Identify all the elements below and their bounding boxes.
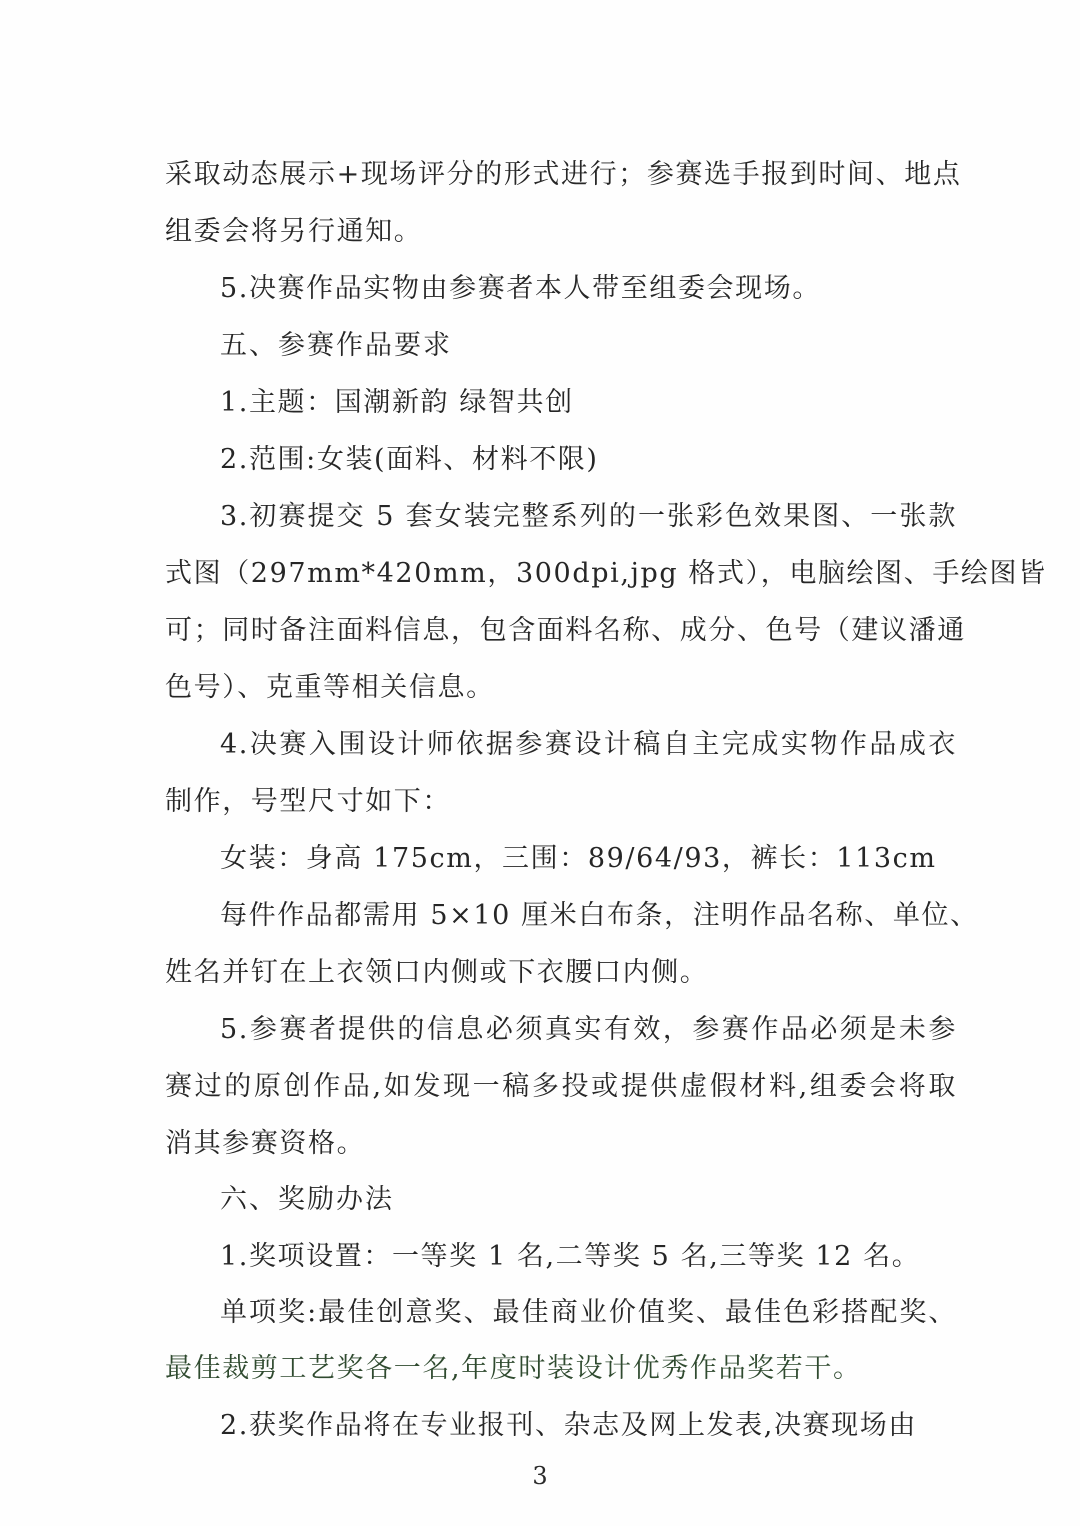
document-page: 采取动态展示+现场评分的形式进行；参赛选手报到时间、地点 组委会将另行通知。 5… — [0, 0, 1080, 1526]
paragraph-line: 采取动态展示+现场评分的形式进行；参赛选手报到时间、地点 — [165, 155, 957, 195]
paragraph-line: 1.奖项设置：一等奖 1 名,二等奖 5 名,三等奖 12 名。 — [220, 1237, 957, 1277]
paragraph-line: 赛过的原创作品,如发现一稿多投或提供虚假材料,组委会将取 — [165, 1067, 957, 1107]
paragraph-line: 5.决赛作品实物由参赛者本人带至组委会现场。 — [220, 269, 957, 309]
paragraph-line: 组委会将另行通知。 — [165, 212, 957, 252]
paragraph-line: 单项奖:最佳创意奖、最佳商业价值奖、最佳色彩搭配奖、 — [220, 1293, 957, 1333]
paragraph-line: 1.主题：国潮新韵 绿智共创 — [220, 383, 957, 423]
paragraph-line: 3.初赛提交 5 套女装完整系列的一张彩色效果图、一张款 — [220, 497, 957, 537]
size-spec-line: 女装：身高 175cm，三围：89/64/93，裤长：113cm — [220, 839, 957, 879]
section-heading-awards: 六、奖励办法 — [220, 1180, 957, 1220]
paragraph-line: 2.范围:女装(面料、材料不限) — [220, 440, 957, 480]
paragraph-line: 可；同时备注面料信息，包含面料名称、成分、色号（建议潘通 — [165, 611, 957, 651]
section-heading-requirements: 五、参赛作品要求 — [220, 326, 957, 366]
paragraph-line: 4.决赛入围设计师依据参赛设计稿自主完成实物作品成衣 — [220, 725, 957, 765]
paragraph-line: 式图（297mm*420mm，300dpi,jpg 格式），电脑绘图、手绘图皆 — [165, 554, 957, 594]
paragraph-line: 5.参赛者提供的信息必须真实有效，参赛作品必须是未参 — [220, 1010, 957, 1050]
paragraph-line: 2.获奖作品将在专业报刊、杂志及网上发表,决赛现场由 — [220, 1406, 957, 1446]
paragraph-line: 消其参赛资格。 — [165, 1124, 957, 1164]
paragraph-line: 制作，号型尺寸如下： — [165, 782, 957, 822]
paragraph-line: 色号）、克重等相关信息。 — [165, 668, 957, 708]
paragraph-line: 每件作品都需用 5×10 厘米白布条，注明作品名称、单位、 — [220, 896, 957, 936]
paragraph-line: 最佳裁剪工艺奖各一名,年度时装设计优秀作品奖若干。 — [165, 1349, 957, 1389]
paragraph-line: 姓名并钉在上衣领口内侧或下衣腰口内侧。 — [165, 953, 957, 993]
page-number: 3 — [0, 1462, 1080, 1490]
